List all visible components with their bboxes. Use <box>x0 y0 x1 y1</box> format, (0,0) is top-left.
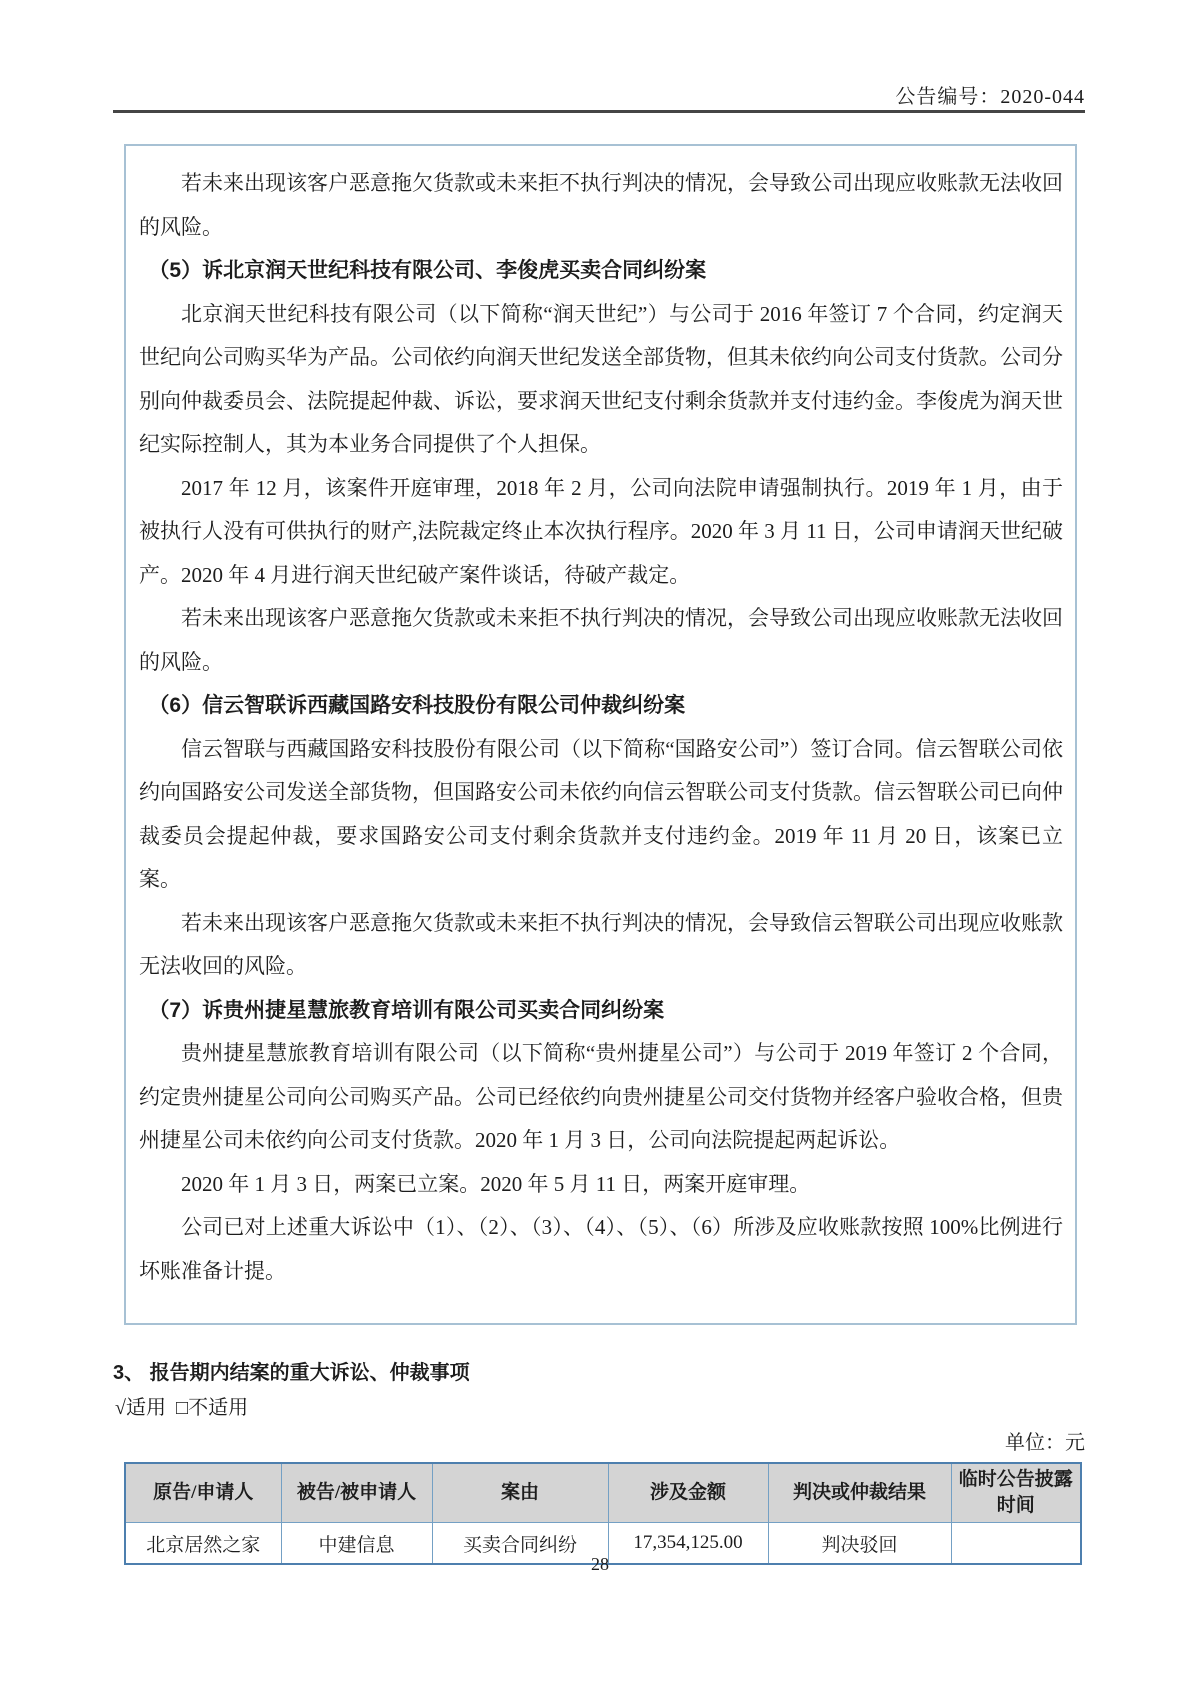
paragraph: 2020 年 1 月 3 日，两案已立案。2020 年 5 月 11 日，两案开… <box>139 1163 1063 1207</box>
paragraph: 若未来出现该客户恶意拖欠货款或未来拒不执行判决的情况，会导致信云智联公司出现应收… <box>139 902 1063 989</box>
case-heading-5: （5）诉北京润天世纪科技有限公司、李俊虎买卖合同纠纷案 <box>139 249 1063 293</box>
case-heading-7: （7）诉贵州捷星慧旅教育培训有限公司买卖合同纠纷案 <box>139 989 1063 1033</box>
case-heading-6: （6）信云智联诉西藏国路安科技股份有限公司仲裁纠纷案 <box>139 684 1063 728</box>
paragraph: 信云智联与西藏国路安科技股份有限公司（以下简称“国路安公司”）签订合同。信云智联… <box>139 728 1063 902</box>
table-header-amount: 涉及金额 <box>608 1463 768 1523</box>
table-header-disclosure: 临时公告披露时间 <box>951 1463 1081 1523</box>
paragraph: 2017 年 12 月，该案件开庭审理，2018 年 2 月，公司向法院申请强制… <box>139 467 1063 598</box>
checkbox-empty-icon: □ <box>176 1397 188 1419</box>
checkmark-icon: √ <box>115 1397 126 1419</box>
table-header-cause: 案由 <box>432 1463 608 1523</box>
section-3-title: 3、 报告期内结案的重大诉讼、仲裁事项 <box>113 1356 470 1385</box>
unit-note: 单位：元 <box>113 1426 1085 1455</box>
announcement-number: 公告编号：2020-044 <box>895 86 1085 108</box>
paragraph: 北京润天世纪科技有限公司（以下简称“润天世纪”）与公司于 2016 年签订 7 … <box>139 293 1063 467</box>
table-header-row: 原告/申请人 被告/被申请人 案由 涉及金额 判决或仲裁结果 临时公告披露时间 <box>125 1463 1081 1523</box>
applicable-label: 适用 <box>126 1397 166 1419</box>
table-header-plaintiff: 原告/申请人 <box>125 1463 281 1523</box>
header-divider <box>113 110 1085 113</box>
closed-cases-table: 原告/申请人 被告/被申请人 案由 涉及金额 判决或仲裁结果 临时公告披露时间 … <box>124 1462 1082 1565</box>
litigation-text-box: 若未来出现该客户恶意拖欠货款或未来拒不执行判决的情况，会导致公司出现应收账款无法… <box>124 144 1077 1325</box>
page-header: 公告编号：2020-044 <box>113 80 1085 109</box>
paragraph: 公司已对上述重大诉讼中（1）、（2）、（3）、（4）、（5）、（6）所涉及应收账… <box>139 1206 1063 1293</box>
document-page: 公告编号：2020-044 若未来出现该客户恶意拖欠货款或未来拒不执行判决的情况… <box>0 0 1200 1697</box>
page-number: 28 <box>0 1554 1200 1575</box>
table-header-defendant: 被告/被申请人 <box>281 1463 432 1523</box>
paragraph: 若未来出现该客户恶意拖欠货款或未来拒不执行判决的情况，会导致公司出现应收账款无法… <box>139 597 1063 684</box>
not-applicable-label: 不适用 <box>188 1397 248 1419</box>
table-header-result: 判决或仲裁结果 <box>768 1463 951 1523</box>
applicability-row: √适用□不适用 <box>115 1391 248 1420</box>
paragraph: 若未来出现该客户恶意拖欠货款或未来拒不执行判决的情况，会导致公司出现应收账款无法… <box>139 162 1063 249</box>
paragraph: 贵州捷星慧旅教育培训有限公司（以下简称“贵州捷星公司”）与公司于 2019 年签… <box>139 1032 1063 1163</box>
